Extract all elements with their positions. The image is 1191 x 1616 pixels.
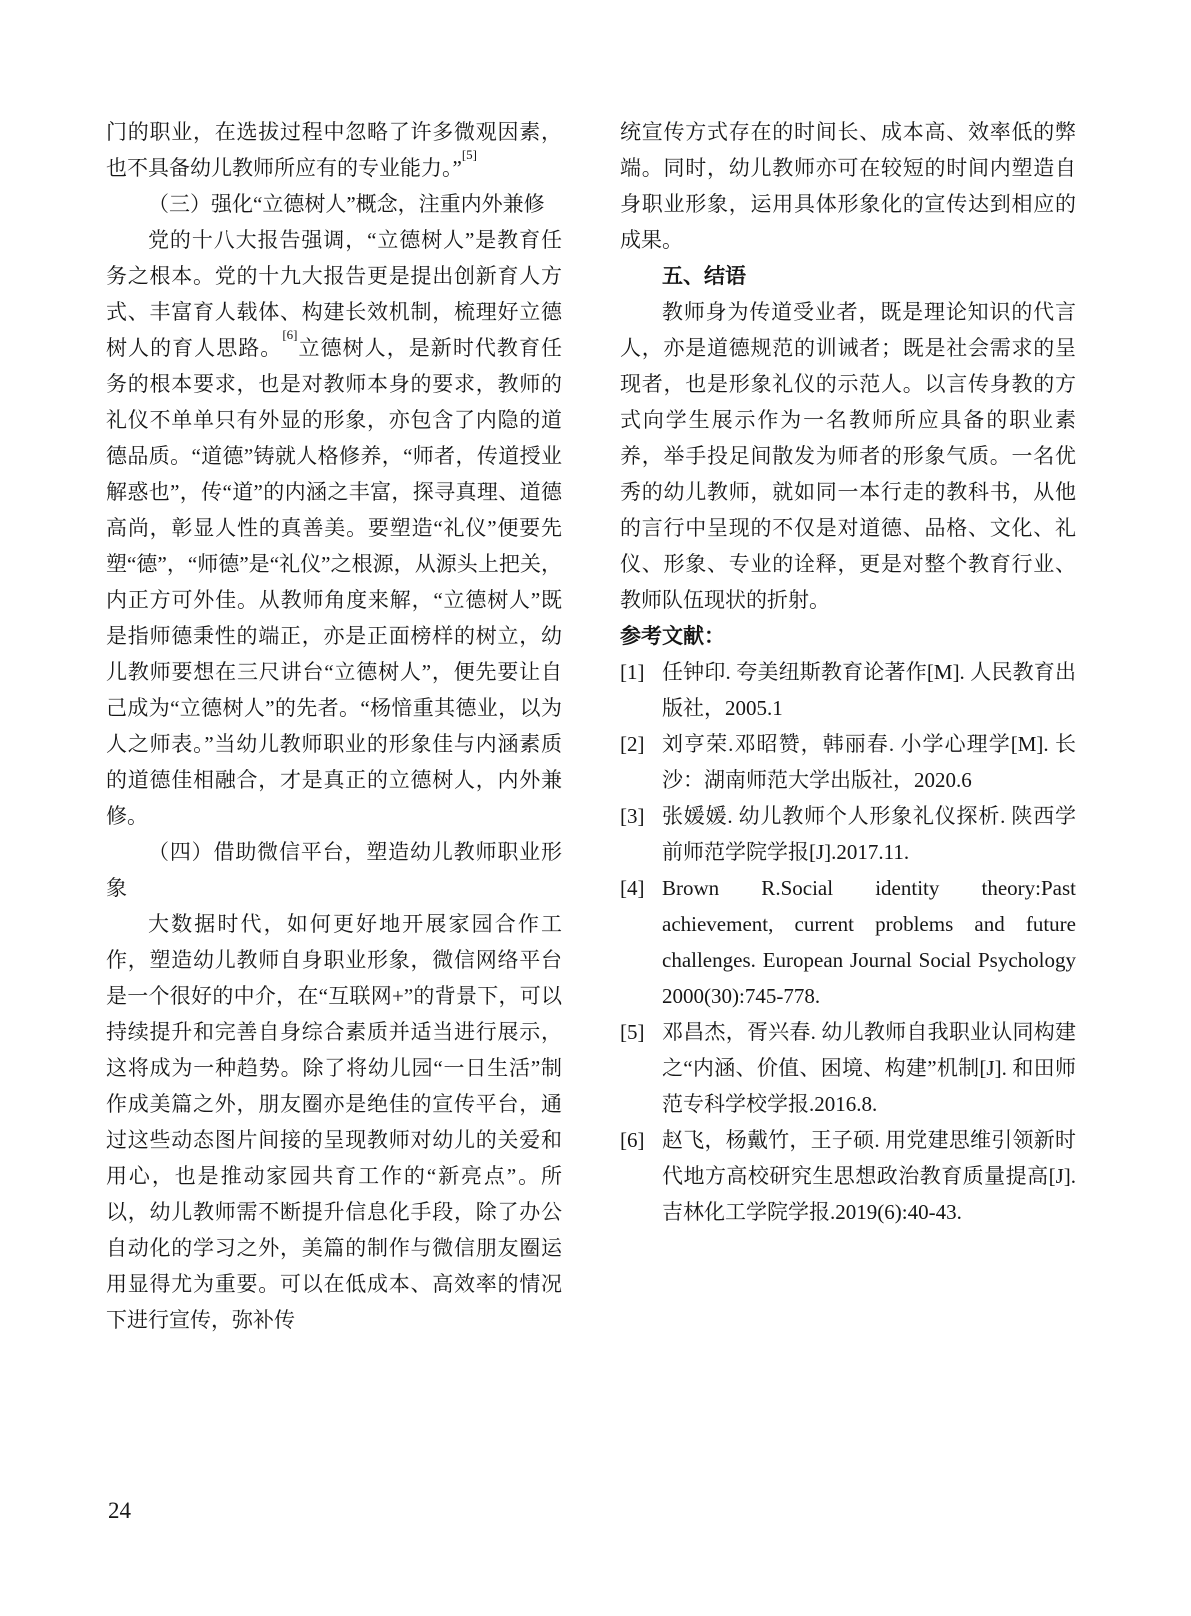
paragraph-text: 立德树人，是新时代教育任务的根本要求，也是对教师本身的要求，教师的礼仪不单单只有… [106, 336, 562, 828]
reference-text: 张媛媛. 幼儿教师个人形象礼仪探析. 陕西学前师范学院学报[J].2017.11… [662, 804, 1076, 864]
reference-item-6: [6] 赵飞，杨戴竹，王子硕. 用党建思维引领新时代地方高校研究生思想政治教育质… [620, 1122, 1076, 1230]
page-number: 24 [108, 1496, 131, 1526]
paragraph-conclusion: 教师身为传道受业者，既是理论知识的代言人，亦是道德规范的训诫者；既是社会需求的呈… [620, 294, 1076, 618]
paragraph-continuation: 门的职业，在选拔过程中忽略了许多微观因素，也不具备幼儿教师所应有的专业能力。”[… [106, 114, 562, 186]
document-page: 门的职业，在选拔过程中忽略了许多微观因素，也不具备幼儿教师所应有的专业能力。”[… [0, 0, 1191, 1616]
reference-marker: [1] [620, 654, 645, 690]
paragraph-lide-shuren: 党的十八大报告强调，“立德树人”是教育任务之根本。党的十九大报告更是提出创新育人… [106, 222, 562, 834]
reference-text: 刘亨荣.邓昭赞，韩丽春. 小学心理学[M]. 长沙：湖南师范大学出版社，2020… [662, 732, 1076, 792]
section-heading-three: （三）强化“立德树人”概念，注重内外兼修 [106, 186, 562, 222]
reference-text: 任钟印. 夸美纽斯教育论著作[M]. 人民教育出版社，2005.1 [662, 660, 1076, 720]
citation-ref-5: [5] [462, 147, 477, 162]
reference-text: Brown R.Social identity theory:Past achi… [662, 876, 1076, 1008]
reference-marker: [6] [620, 1122, 645, 1158]
reference-item-2: [2] 刘亨荣.邓昭赞，韩丽春. 小学心理学[M]. 长沙：湖南师范大学出版社，… [620, 726, 1076, 798]
paragraph-text: 门的职业，在选拔过程中忽略了许多微观因素，也不具备幼儿教师所应有的专业能力。” [106, 120, 562, 180]
reference-text: 邓昌杰，胥兴春. 幼儿教师自我职业认同构建之“内涵、价值、困境、构建”机制[J]… [662, 1020, 1076, 1116]
two-column-layout: 门的职业，在选拔过程中忽略了许多微观因素，也不具备幼儿教师所应有的专业能力。”[… [106, 114, 1076, 1338]
paragraph-wechat-platform: 大数据时代，如何更好地开展家园合作工作，塑造幼儿教师自身职业形象，微信网络平台是… [106, 906, 562, 1338]
right-column: 统宣传方式存在的时间长、成本高、效率低的弊端。同时，幼儿教师亦可在较短的时间内塑… [620, 114, 1076, 1338]
section-heading-four: （四）借助微信平台，塑造幼儿教师职业形象 [106, 834, 562, 906]
section-heading-conclusion: 五、结语 [620, 258, 1076, 294]
reference-item-3: [3] 张媛媛. 幼儿教师个人形象礼仪探析. 陕西学前师范学院学报[J].201… [620, 798, 1076, 870]
reference-list: [1] 任钟印. 夸美纽斯教育论著作[M]. 人民教育出版社，2005.1 [2… [620, 654, 1076, 1230]
references-heading: 参考文献： [620, 618, 1076, 654]
left-column: 门的职业，在选拔过程中忽略了许多微观因素，也不具备幼儿教师所应有的专业能力。”[… [106, 114, 562, 1338]
reference-item-4: [4] Brown R.Social identity theory:Past … [620, 870, 1076, 1014]
reference-marker: [5] [620, 1014, 645, 1050]
reference-marker: [4] [620, 870, 645, 906]
reference-marker: [3] [620, 798, 645, 834]
reference-item-1: [1] 任钟印. 夸美纽斯教育论著作[M]. 人民教育出版社，2005.1 [620, 654, 1076, 726]
paragraph-wechat-continuation: 统宣传方式存在的时间长、成本高、效率低的弊端。同时，幼儿教师亦可在较短的时间内塑… [620, 114, 1076, 258]
citation-ref-6: [6] [282, 327, 297, 342]
reference-marker: [2] [620, 726, 645, 762]
reference-item-5: [5] 邓昌杰，胥兴春. 幼儿教师自我职业认同构建之“内涵、价值、困境、构建”机… [620, 1014, 1076, 1122]
reference-text: 赵飞，杨戴竹，王子硕. 用党建思维引领新时代地方高校研究生思想政治教育质量提高[… [662, 1128, 1076, 1224]
